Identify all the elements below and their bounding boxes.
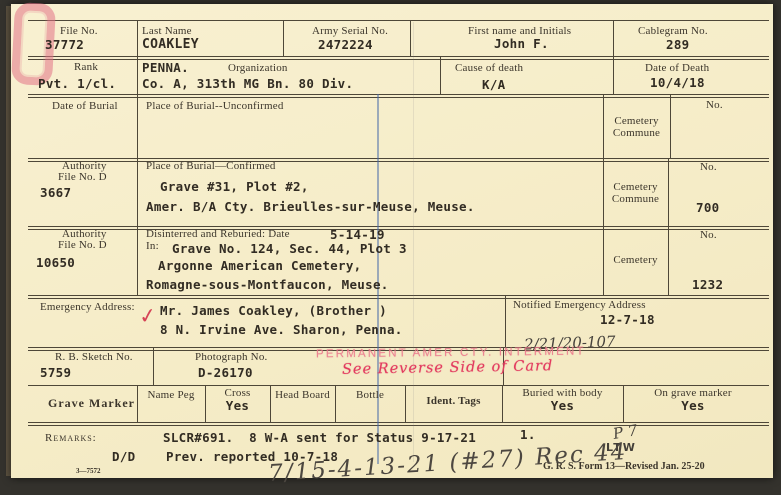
notified-date-value: 12-7-18 bbox=[600, 312, 655, 327]
authority-label: File No. D bbox=[58, 171, 107, 183]
rule-top bbox=[28, 20, 769, 21]
organization-label: Organization bbox=[228, 62, 288, 74]
divider bbox=[613, 20, 614, 94]
divider bbox=[283, 20, 284, 56]
last-name-value: COAKLEY bbox=[142, 37, 199, 52]
grave-no-value: 1232 bbox=[692, 277, 723, 292]
authority-no-value: 3667 bbox=[40, 185, 71, 200]
serial-label: Army Serial No. bbox=[312, 25, 388, 37]
organization-value: Co. A, 313th MG Bn. 80 Div. bbox=[142, 76, 353, 91]
head-board-label: Head Board bbox=[270, 389, 335, 401]
grave-marker-title: Grave Marker bbox=[48, 396, 135, 411]
divider bbox=[668, 158, 669, 226]
last-name-label: Last Name bbox=[142, 25, 192, 37]
name-peg-label: Name Peg bbox=[137, 389, 205, 401]
rank-label: Rank bbox=[74, 61, 98, 73]
first-name-value: John F. bbox=[494, 36, 549, 51]
remarks-label: Remarks: bbox=[45, 432, 97, 444]
emergency-address-line1: Mr. James Coakley, (Brother ) bbox=[160, 303, 387, 318]
grave-no-value: 700 bbox=[696, 200, 719, 215]
notified-address-label: Notified Emergency Address bbox=[513, 299, 646, 311]
divider bbox=[410, 20, 411, 56]
divider bbox=[440, 56, 441, 94]
cablegram-label: Cablegram No. bbox=[638, 25, 708, 37]
bottle-label: Bottle bbox=[335, 389, 405, 401]
in-label: In: bbox=[146, 240, 159, 252]
divider bbox=[137, 20, 138, 56]
place-unconfirmed-label: Place of Burial--Unconfirmed bbox=[146, 100, 284, 112]
page-note: 1. bbox=[520, 427, 536, 442]
cemetery-commune-label: Commune bbox=[603, 127, 670, 139]
state-value: PENNA. bbox=[142, 60, 189, 75]
burial-card-scan: File No. 37772 Last Name COAKLEY Army Se… bbox=[0, 0, 781, 495]
no-label: No. bbox=[700, 161, 717, 173]
remarks-line1: SLCR#691. 8 W-A sent for Status 9-17-21 bbox=[163, 430, 476, 445]
grave-confirmed-line1: Grave #31, Plot #2, bbox=[160, 179, 309, 194]
no-label: No. bbox=[706, 99, 723, 111]
reburial-line2: Argonne American Cemetery, bbox=[158, 258, 361, 273]
divider bbox=[137, 158, 138, 226]
divider bbox=[137, 226, 138, 295]
emergency-address-line2: 8 N. Irvine Ave. Sharon, Penna. bbox=[160, 322, 403, 337]
sketch-no-label: R. B. Sketch No. bbox=[55, 351, 133, 363]
file-no-label: File No. bbox=[60, 25, 98, 37]
date-of-death-label: Date of Death bbox=[645, 62, 709, 74]
cross-value: Yes bbox=[205, 398, 270, 413]
file-no-value: 37772 bbox=[45, 37, 84, 52]
rule bbox=[28, 295, 769, 299]
reburied-date-value: 5-14-19 bbox=[330, 227, 385, 242]
on-grave-marker-value: Yes bbox=[623, 398, 763, 413]
place-confirmed-label: Place of Burial—Confirmed bbox=[146, 160, 276, 172]
authority-label: File No. D bbox=[58, 239, 107, 251]
cause-of-death-value: K/A bbox=[482, 77, 505, 92]
cause-of-death-label: Cause of death bbox=[455, 62, 523, 74]
ident-tags-label: Ident. Tags bbox=[405, 395, 502, 407]
cemetery-commune-label: Cemetery bbox=[603, 115, 670, 127]
reburial-line3: Romagne-sous-Montfaucon, Meuse. bbox=[146, 277, 389, 292]
reburial-line1: Grave No. 124, Sec. 44, Plot 3 bbox=[172, 241, 407, 256]
cemetery-commune-label: Cemetery bbox=[603, 181, 668, 193]
dd-note: D/D bbox=[112, 449, 135, 464]
date-of-burial-label: Date of Burial bbox=[52, 100, 118, 112]
no-label: No. bbox=[700, 229, 717, 241]
rule bbox=[28, 56, 769, 60]
authority-no-value: 10650 bbox=[36, 255, 75, 270]
photograph-no-value: D-26170 bbox=[198, 365, 253, 380]
divider bbox=[137, 56, 138, 94]
rule bbox=[28, 94, 769, 98]
buried-with-body-value: Yes bbox=[502, 398, 623, 413]
serial-value: 2472224 bbox=[318, 37, 373, 52]
divider bbox=[153, 347, 154, 385]
rule bbox=[28, 158, 769, 162]
rule bbox=[28, 226, 769, 230]
print-code: 3—7572 bbox=[76, 467, 101, 475]
rule bbox=[28, 385, 769, 386]
photograph-no-label: Photograph No. bbox=[195, 351, 267, 363]
grave-confirmed-line2: Amer. B/A Cty. Brieulles-sur-Meuse, Meus… bbox=[146, 199, 475, 214]
divider bbox=[505, 295, 506, 347]
rank-value: Pvt. 1/cl. bbox=[38, 76, 116, 91]
emergency-address-label: Emergency Address: bbox=[40, 301, 135, 313]
red-checkmark-icon: ✓ bbox=[137, 303, 158, 329]
rule bbox=[28, 422, 769, 426]
sketch-no-value: 5759 bbox=[40, 365, 71, 380]
cablegram-value: 289 bbox=[666, 37, 689, 52]
cemetery-label: Cemetery bbox=[603, 254, 668, 266]
cemetery-commune-label: Commune bbox=[603, 193, 668, 205]
date-of-death-value: 10/4/18 bbox=[650, 75, 705, 90]
divider bbox=[137, 94, 138, 158]
divider bbox=[670, 94, 671, 158]
divider bbox=[668, 226, 669, 295]
disinterred-label: Disinterred and Reburied: Date bbox=[146, 228, 290, 240]
